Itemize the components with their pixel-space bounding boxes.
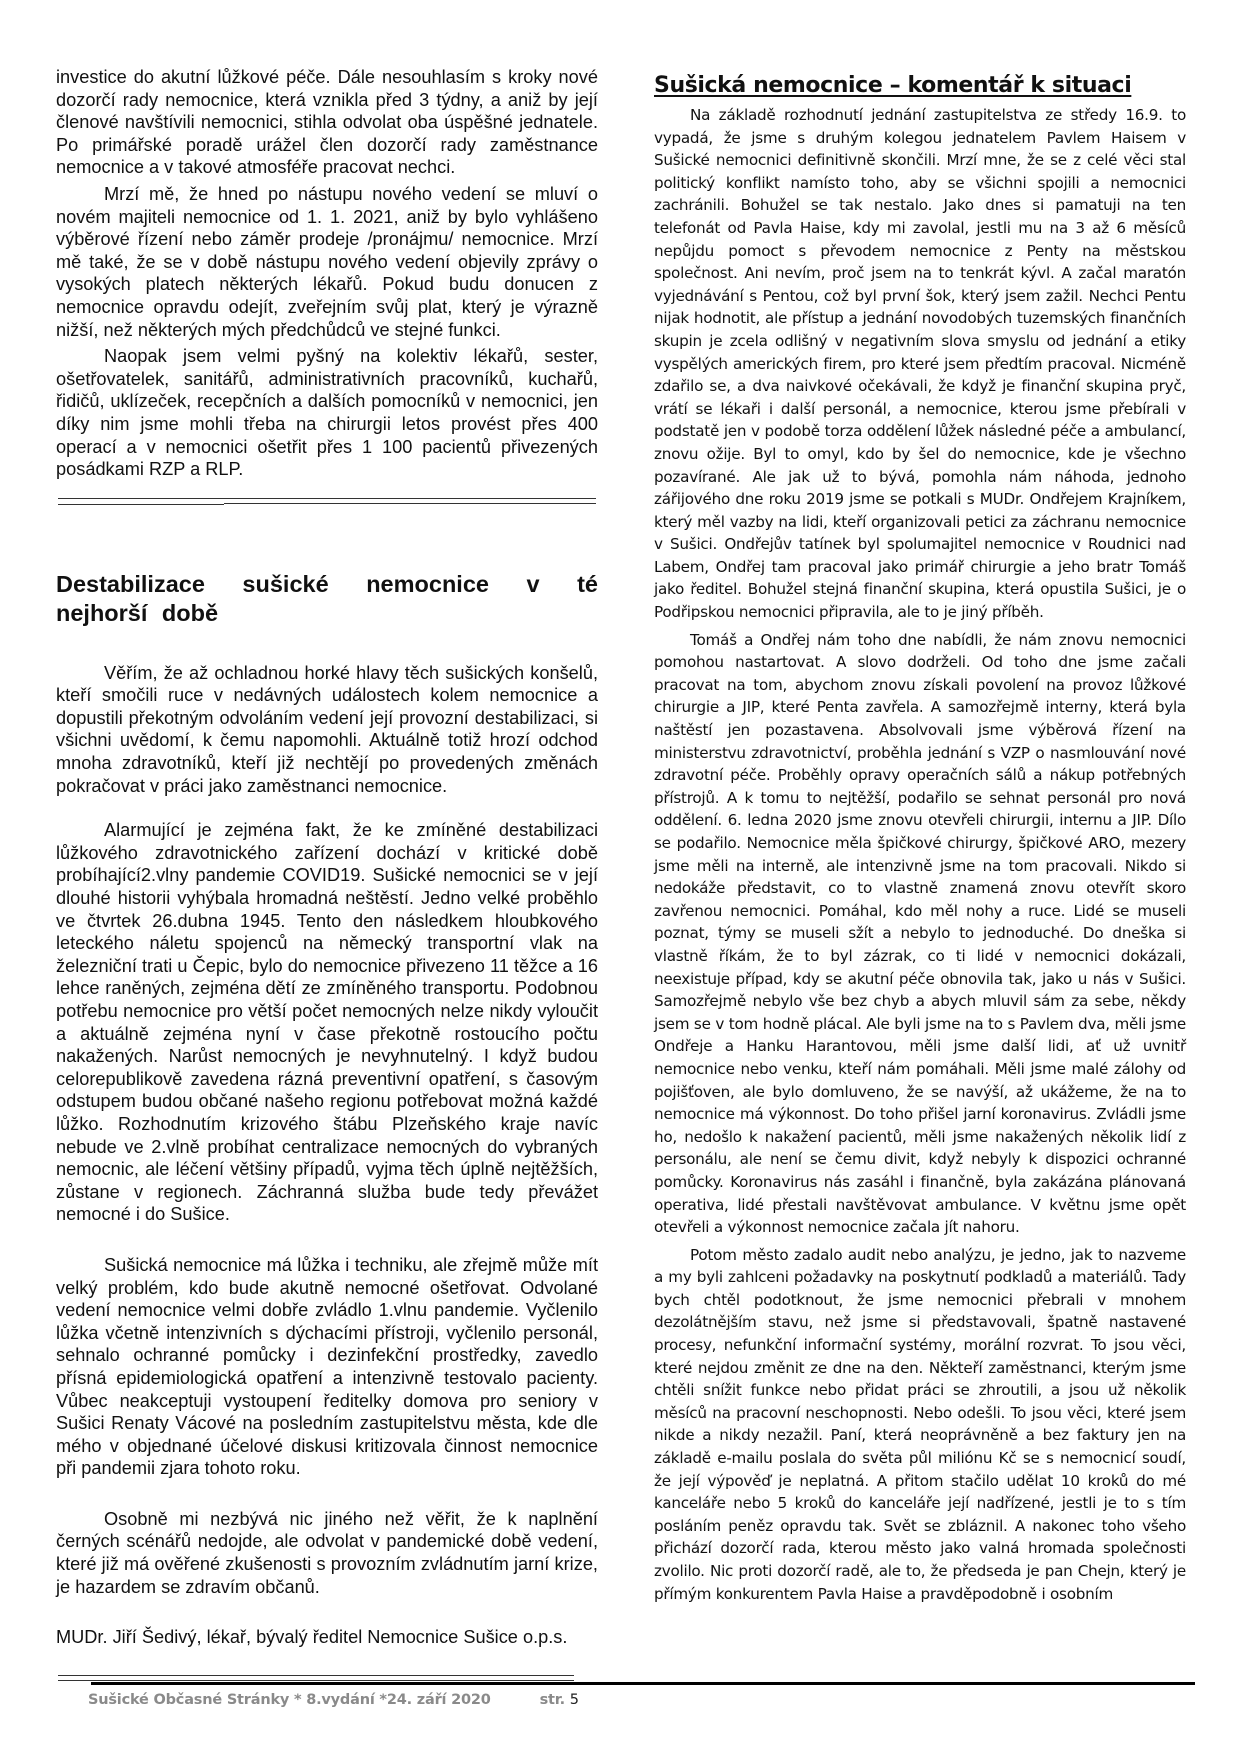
- paragraph: Naopak jsem velmi pyšný na kolektiv léka…: [56, 345, 598, 481]
- section-divider: [56, 498, 598, 508]
- publication-info: Sušické Občasné Stránky * 8.vydání *24. …: [88, 1692, 491, 1708]
- page-number: 5: [570, 1692, 579, 1708]
- footer-divider: [91, 1682, 1195, 1685]
- article-title: Sušická nemocnice – komentář k situaci: [654, 72, 1186, 100]
- paragraph: Tomáš a Ondřej nám toho dne nabídli, že …: [654, 629, 1186, 1239]
- paragraph: Věřím, že až ochladnou horké hlavy těch …: [56, 662, 598, 798]
- paragraph: Mrzí mě, že hned po nástupu nového veden…: [56, 183, 598, 341]
- article-title: Destabilizace sušické nemocnice v té nej…: [56, 570, 598, 628]
- page-label: str.: [540, 1692, 565, 1708]
- paragraph: Osobně mi nezbývá nic jiného než věřit, …: [56, 1508, 598, 1598]
- right-column: Sušická nemocnice – komentář k situaci N…: [654, 72, 1186, 1610]
- paragraph: Alarmující je zejména fakt, že ke zmíněn…: [56, 819, 598, 1226]
- left-column: investice do akutní lůžkové péče. Dále n…: [56, 66, 598, 1685]
- paragraph: Potom město zadalo audit nebo analýzu, j…: [654, 1244, 1186, 1606]
- paragraph: Na základě rozhodnutí jednání zastupitel…: [654, 104, 1186, 624]
- author-signature: MUDr. Jiří Šedivý, lékař, bývalý ředitel…: [56, 1626, 598, 1649]
- paragraph: Sušická nemocnice má lůžka i techniku, a…: [56, 1254, 598, 1480]
- paragraph: investice do akutní lůžkové péče. Dále n…: [56, 66, 598, 179]
- page-footer: Sušické Občasné Stránky * 8.vydání *24. …: [88, 1692, 579, 1708]
